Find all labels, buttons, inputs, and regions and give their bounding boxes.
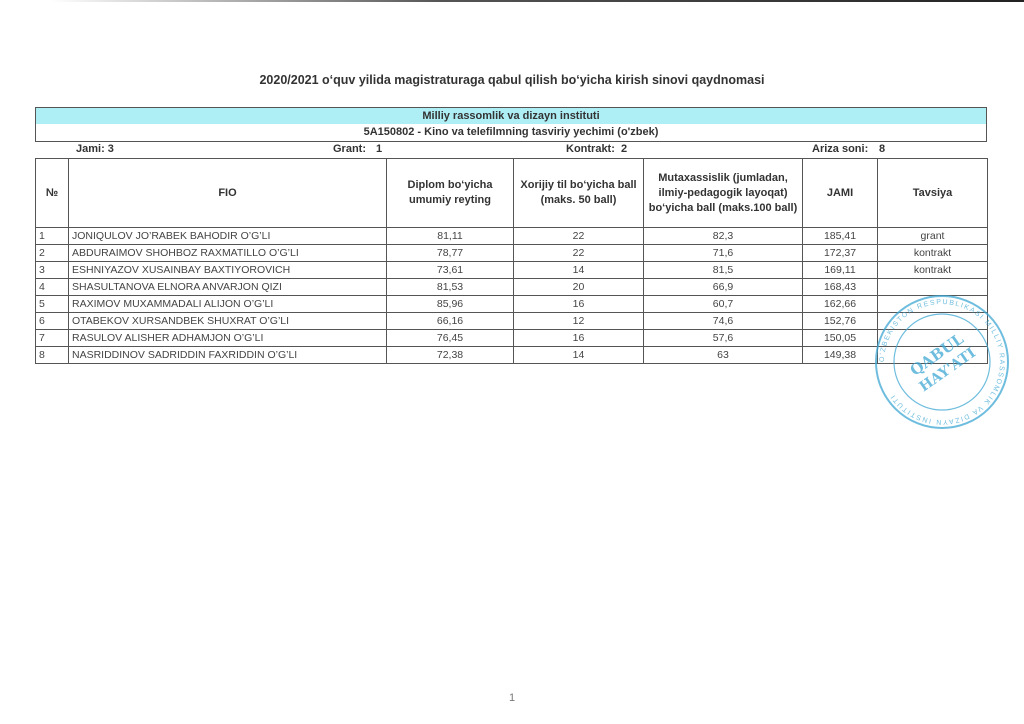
cell-name: RASULOV ALISHER ADHAMJON O’G’LI	[69, 330, 387, 347]
table-row: 2ABDURAIMOV SHOHBOZ RAXMATILLO O’G’LI78,…	[36, 245, 988, 262]
cell-diploma: 81,53	[387, 279, 514, 296]
grant-value: 1	[376, 143, 382, 155]
cell-name: OTABEKOV XURSANDBEK SHUXRAT O’G’LI	[69, 313, 387, 330]
cell-diploma: 66,16	[387, 313, 514, 330]
header-total: JAMI	[803, 159, 878, 228]
cell-recommendation: grant	[878, 228, 988, 245]
scan-top-edge	[50, 0, 1024, 2]
cell-language: 22	[514, 228, 644, 245]
cell-total: 162,66	[803, 296, 878, 313]
cell-language: 14	[514, 262, 644, 279]
cell-specialty: 82,3	[644, 228, 803, 245]
table-row: 8NASRIDDINOV SADRIDDIN FAXRIDDIN O’G’LI7…	[36, 347, 988, 364]
cell-recommendation	[878, 313, 988, 330]
cell-language: 20	[514, 279, 644, 296]
cell-specialty: 63	[644, 347, 803, 364]
cell-total: 185,41	[803, 228, 878, 245]
cell-diploma: 85,96	[387, 296, 514, 313]
grant-label: Grant:	[333, 143, 366, 155]
cell-language: 22	[514, 245, 644, 262]
cell-diploma: 78,77	[387, 245, 514, 262]
header-name: FIO	[69, 159, 387, 228]
table-row: 4SHASULTANOVA ELNORA ANVARJON QIZI81,532…	[36, 279, 988, 296]
cell-total: 168,43	[803, 279, 878, 296]
header-specialty: Mutaxassislik (jumladan, ilmiy-pedagogik…	[644, 159, 803, 228]
cell-name: RAXIMOV MUXAMMADALI ALIJON O’G’LI	[69, 296, 387, 313]
applications-value: 8	[879, 143, 885, 155]
cell-recommendation	[878, 296, 988, 313]
cell-total: 149,38	[803, 347, 878, 364]
cell-name: ESHNIYAZOV XUSAINBAY BAXTIYOROVICH	[69, 262, 387, 279]
cell-recommendation: kontrakt	[878, 262, 988, 279]
header-language: Xorijiy til bo‘yicha ball (maks. 50 ball…	[514, 159, 644, 228]
cell-num: 6	[36, 313, 69, 330]
cell-num: 4	[36, 279, 69, 296]
cell-diploma: 76,45	[387, 330, 514, 347]
cell-diploma: 73,61	[387, 262, 514, 279]
cell-num: 7	[36, 330, 69, 347]
cell-recommendation	[878, 330, 988, 347]
cell-language: 16	[514, 296, 644, 313]
institution-row: Milliy rassomlik va dizayn instituti	[35, 107, 987, 125]
cell-specialty: 81,5	[644, 262, 803, 279]
cell-specialty: 57,6	[644, 330, 803, 347]
cell-num: 8	[36, 347, 69, 364]
cell-specialty: 71,6	[644, 245, 803, 262]
cell-specialty: 74,6	[644, 313, 803, 330]
cell-specialty: 60,7	[644, 296, 803, 313]
cell-num: 3	[36, 262, 69, 279]
contract-value: 2	[621, 143, 627, 155]
table-row: 7RASULOV ALISHER ADHAMJON O’G’LI76,45165…	[36, 330, 988, 347]
cell-total: 172,37	[803, 245, 878, 262]
cell-language: 16	[514, 330, 644, 347]
table-row: 3ESHNIYAZOV XUSAINBAY BAXTIYOROVICH73,61…	[36, 262, 988, 279]
cell-num: 5	[36, 296, 69, 313]
header-diploma: Diplom bo‘yicha umumiy reyting	[387, 159, 514, 228]
cell-language: 12	[514, 313, 644, 330]
cell-recommendation: kontrakt	[878, 245, 988, 262]
header-num: №	[36, 159, 69, 228]
results-table: № FIO Diplom bo‘yicha umumiy reyting Xor…	[35, 158, 988, 364]
cell-total: 169,11	[803, 262, 878, 279]
cell-name: ABDURAIMOV SHOHBOZ RAXMATILLO O’G’LI	[69, 245, 387, 262]
applications-label: Ariza soni:	[812, 143, 868, 155]
cell-recommendation	[878, 279, 988, 296]
cell-name: NASRIDDINOV SADRIDDIN FAXRIDDIN O’G’LI	[69, 347, 387, 364]
cell-language: 14	[514, 347, 644, 364]
total-count: Jami: 3	[76, 143, 114, 155]
cell-diploma: 72,38	[387, 347, 514, 364]
cell-diploma: 81,11	[387, 228, 514, 245]
cell-num: 2	[36, 245, 69, 262]
cell-name: JONIQULOV JO’RABEK BAHODIR O’G’LI	[69, 228, 387, 245]
cell-specialty: 66,9	[644, 279, 803, 296]
header-recommendation: Tavsiya	[878, 159, 988, 228]
cell-recommendation	[878, 347, 988, 364]
table-row: 5RAXIMOV MUXAMMADALI ALIJON O’G’LI85,961…	[36, 296, 988, 313]
document-title: 2020/2021 o‘quv yilida magistraturaga qa…	[0, 73, 1024, 87]
cell-total: 150,05	[803, 330, 878, 347]
table-row: 1JONIQULOV JO’RABEK BAHODIR O’G’LI81,112…	[36, 228, 988, 245]
page-number: 1	[0, 692, 1024, 704]
specialty-row: 5A150802 - Kino va telefilmning tasviriy…	[35, 124, 987, 142]
cell-total: 152,76	[803, 313, 878, 330]
contract-label: Kontrakt:	[566, 143, 615, 155]
cell-num: 1	[36, 228, 69, 245]
table-row: 6OTABEKOV XURSANDBEK SHUXRAT O’G’LI66,16…	[36, 313, 988, 330]
table-header-row: № FIO Diplom bo‘yicha umumiy reyting Xor…	[36, 159, 988, 228]
cell-name: SHASULTANOVA ELNORA ANVARJON QIZI	[69, 279, 387, 296]
